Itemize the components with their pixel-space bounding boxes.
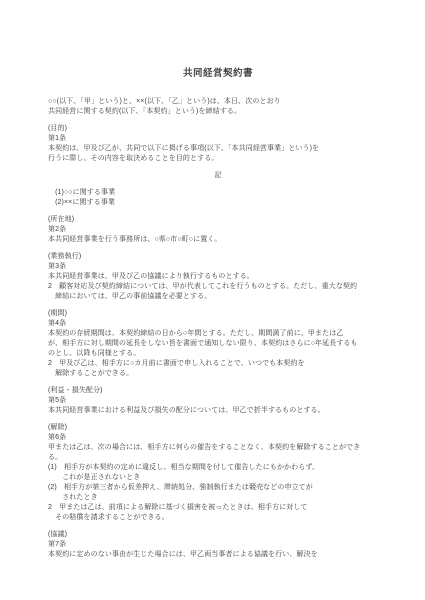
text-line: (解除)	[48, 423, 388, 433]
text-line: 第3条	[48, 262, 388, 272]
text-line: 本契約に定めのない事由が生じた場合には、甲乙両当事者による協議を行い、解決を	[48, 550, 388, 560]
text-line: 本契約は、甲及び乙が、共同で以下に掲げる事項(以下、「本共同経営事業」という)を	[48, 144, 388, 154]
text-line: が、相手方に対し期間の延長をしない旨を書面で通知しない限り、本契約はさらに○年延…	[48, 339, 388, 349]
document-body: ○○(以下、「甲」という)と、××(以下、「乙」という)は、本日、次のとおり共同…	[48, 97, 388, 560]
text-line: 本共同経営事業を行う事務所は、○県○市○町○に置く。	[48, 235, 388, 245]
document-content: 共同経営契約書 ○○(以下、「甲」という)と、××(以下、「乙」という)は、本日…	[48, 68, 388, 567]
text-line: 本契約の存続期間は、本契約締結の日から○年間とする。ただし、期間満了前に、甲また…	[48, 329, 388, 339]
section-location: (所在地)第2条本共同経営事業を行う事務所は、○県○市○町○に置く。	[48, 215, 388, 245]
text-line: 解除することができる。	[48, 369, 388, 379]
text-line: 締結においては、甲乙の事前協議を必要とする。	[48, 292, 388, 302]
section-profit-loss: (利益・損失配分)第5条本共同経営事業における利益及び損失の配分については、甲乙…	[48, 386, 388, 416]
text-line: (2)××に関する事業	[48, 198, 388, 208]
text-line: (所在地)	[48, 215, 388, 225]
text-line: 第1条	[48, 134, 388, 144]
preamble: ○○(以下、「甲」という)と、××(以下、「乙」という)は、本日、次のとおり共同…	[48, 97, 388, 117]
text-line: されたとき	[48, 493, 388, 503]
text-line: 記	[48, 171, 388, 181]
text-line: (目的)	[48, 124, 388, 134]
section-purpose: (目的)第1条本契約は、甲及び乙が、共同で以下に掲げる事項(以下、「本共同経営事…	[48, 124, 388, 164]
text-line: 第6条	[48, 433, 388, 443]
text-line: その賠償を請求することができる。	[48, 513, 388, 523]
text-line: これが是正されないとき	[48, 473, 388, 483]
section-consultation: (協議)第7条本契約に定めのない事由が生じた場合には、甲乙両当事者による協議を行…	[48, 530, 388, 560]
business-list: (1)○○に関する事業 (2)××に関する事業	[48, 188, 388, 208]
text-line: (1)○○に関する事業	[48, 188, 388, 198]
text-line: 甲または乙は、次の場合には、相手方に何らの催告をすることなく、本契約を解除するこ…	[48, 443, 388, 453]
text-line: 第5条	[48, 396, 388, 406]
text-line: (1) 相手方が本契約の定めに違反し、相当な期間を付して催告したにもかかわらず、	[48, 463, 388, 473]
text-line: のとし、以降も同様とする。	[48, 349, 388, 359]
text-line: (協議)	[48, 530, 388, 540]
text-line: 2 甲または乙は、前項による解除に基づく損害を被ったときは、相手方に対して	[48, 503, 388, 513]
text-line: 行うに際し、その内容を取決めることを目的とする。	[48, 154, 388, 164]
text-line: (期間)	[48, 309, 388, 319]
ki-marker: 記	[48, 171, 388, 181]
text-line: 第7条	[48, 540, 388, 550]
section-execution: (業務執行)第3条本共同経営事業は、甲及び乙の協議により執行するものとする。2 …	[48, 252, 388, 302]
text-line: 第2条	[48, 225, 388, 235]
text-line: 共同経営に関する契約(以下、「本契約」という)を締結する。	[48, 107, 388, 117]
text-line: る。	[48, 453, 388, 463]
text-line: (2) 相手方が第三者から仮差押え、滞納処分、強制執行または競売などの申立てが	[48, 483, 388, 493]
section-termination: (解除)第6条甲または乙は、次の場合には、相手方に何らの催告をすることなく、本契…	[48, 423, 388, 523]
contract-page: 共同経営契約書 ○○(以下、「甲」という)と、××(以下、「乙」という)は、本日…	[0, 0, 425, 600]
text-line: (利益・損失配分)	[48, 386, 388, 396]
text-line: 本共同経営事業は、甲及び乙の協議により執行するものとする。	[48, 272, 388, 282]
text-line: 本共同経営事業における利益及び損失の配分については、甲乙で折半するものとする。	[48, 406, 388, 416]
text-line: 2 顧客対応及び契約締結については、甲が代表してこれを行うものとする。ただし、重…	[48, 282, 388, 292]
text-line: ○○(以下、「甲」という)と、××(以下、「乙」という)は、本日、次のとおり	[48, 97, 388, 107]
text-line: 2 甲及び乙は、相手方に○カ月前に書面で申し入れることで、いつでも本契約を	[48, 359, 388, 369]
section-term: (期間)第4条本契約の存続期間は、本契約締結の日から○年間とする。ただし、期間満…	[48, 309, 388, 379]
document-title: 共同経営契約書	[48, 68, 388, 80]
text-line: 第4条	[48, 319, 388, 329]
text-line: (業務執行)	[48, 252, 388, 262]
